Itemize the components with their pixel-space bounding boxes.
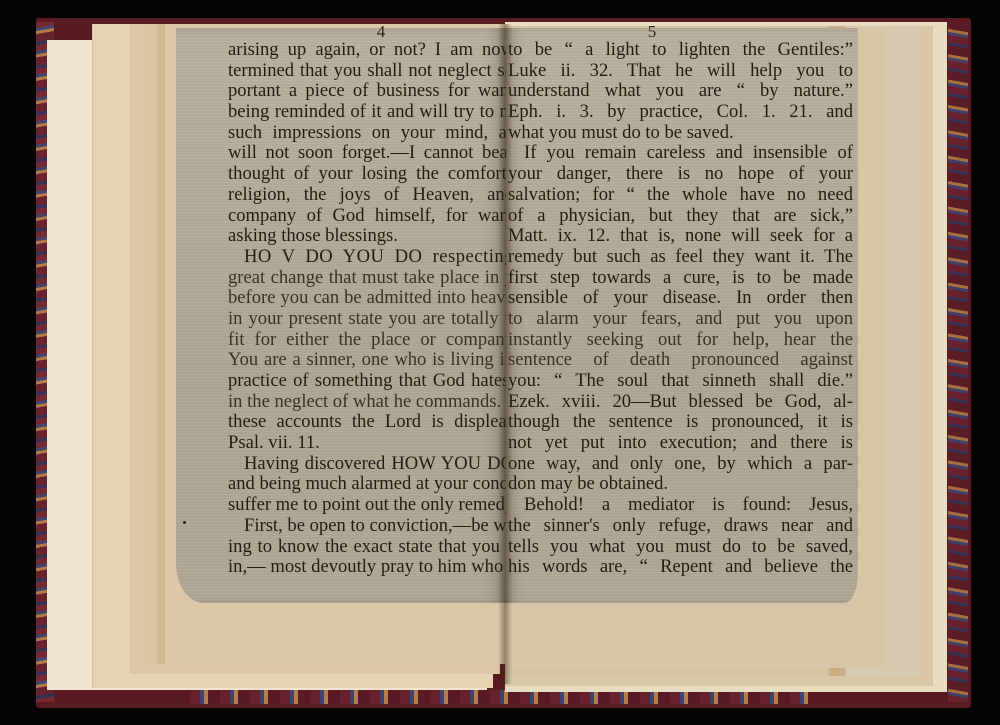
text-line: portant a piece of business for want: [228, 81, 514, 102]
book-gutter: [498, 24, 512, 684]
text-line: the sinner's only refuge, draws near and: [508, 516, 853, 537]
text-line: remedy but such as feel they want it. Th…: [508, 247, 853, 268]
text-line: you: “ The soul that sinneth shall die.”: [508, 371, 853, 392]
right-page-text: to be “ a light to lighten the Gentiles:…: [508, 40, 853, 578]
text-line: fit for either the place or company: [228, 330, 514, 351]
text-line-heading: HO V DO YOU DO respecting: [228, 247, 514, 268]
text-line: what you must do to be saved.: [508, 123, 853, 144]
text-line: suffer me to point out the only remedy: [228, 495, 514, 516]
text-line: to alarm your fears, and put you upon: [508, 309, 853, 330]
text-line: Eph. i. 3. by practice, Col. 1. 21. and: [508, 102, 853, 123]
text-line: though the sentence is pronounced, it is: [508, 412, 853, 433]
left-page-text: arising up again, or not? I am now termi…: [228, 40, 514, 578]
text-line: his words are, “ Repent and believe the: [508, 557, 853, 578]
text-line: sentence of death pronounced against: [508, 350, 853, 371]
text-line: such impressions on your mind, as: [228, 123, 514, 144]
text-line: don may be obtained.: [508, 474, 853, 495]
text-line: Matt. ix. 12. that is, none will seek fo…: [508, 226, 853, 247]
text-line: one way, and only one, by which a par-: [508, 454, 853, 475]
text-line: in the neglect of what he commands. O: [228, 392, 514, 413]
text-line: to be “ a light to lighten the Gentiles:…: [508, 40, 853, 61]
marbled-board-bottom: [190, 690, 810, 704]
text-line: great change that must take place in y: [228, 268, 514, 289]
left-page: 4 arising up again, or not? I am now ter…: [176, 28, 506, 603]
text-line: of a physician, but they that are sick,”: [508, 206, 853, 227]
text-line: ing to know the exact state that you a: [228, 537, 514, 558]
text-line: practice of something that God hates,: [228, 371, 514, 392]
text-line: religion, the joys of Heaven, and: [228, 185, 514, 206]
text-line: Luke ii. 32. That he will help you to: [508, 61, 853, 82]
text-line: Psal. vii. 11.: [228, 433, 514, 454]
text-line: If you remain careless and insensible of: [508, 143, 853, 164]
marbled-board-right: [948, 22, 968, 702]
right-page: 5 to be “ a light to lighten the Gentile…: [506, 28, 858, 603]
text-line: Ezek. xviii. 20—But blessed be God, al-: [508, 392, 853, 413]
text-line: termined that you shall not neglect so: [228, 61, 514, 82]
text-line: sensible of your disease. In order then: [508, 288, 853, 309]
text-line: Behold! a mediator is found: Jesus,: [508, 495, 853, 516]
text-line: arising up again, or not? I am now: [228, 40, 514, 61]
ink-speck: [183, 521, 186, 524]
text-line: thought of your losing the comforts: [228, 164, 514, 185]
text-line: first step towards a cure, is to be made: [508, 268, 853, 289]
text-line: asking those blessings.: [228, 226, 514, 247]
text-line: tells you what you must do to be saved,: [508, 537, 853, 558]
text-line: instantly seeking out for help, hear the: [508, 330, 853, 351]
text-line: before you can be admitted into heave: [228, 288, 514, 309]
text-line: company of God himself, for want: [228, 206, 514, 227]
text-line: these accounts the Lord is displeas: [228, 412, 514, 433]
text-line: understand what you are “ by nature.”: [508, 81, 853, 102]
text-line: and being much alarmed at your conditio: [228, 474, 514, 495]
text-line: not yet put into execution; and there is: [508, 433, 853, 454]
text-line: You are a sinner, one who is living in: [228, 350, 514, 371]
text-line: First, be open to conviction,—be wil: [228, 516, 514, 537]
text-line: Having discovered HOW YOU DO: [228, 454, 514, 475]
text-line: salvation; for “ the whole have no need: [508, 185, 853, 206]
text-line: in your present state you are totally u: [228, 309, 514, 330]
text-line: being reminded of it and will try to m: [228, 102, 514, 123]
text-line: your danger, there is no hope of your: [508, 164, 853, 185]
text-line: will not soon forget.—I cannot bear: [228, 143, 514, 164]
text-line: in,— most devoutly pray to him who can: [228, 557, 514, 578]
